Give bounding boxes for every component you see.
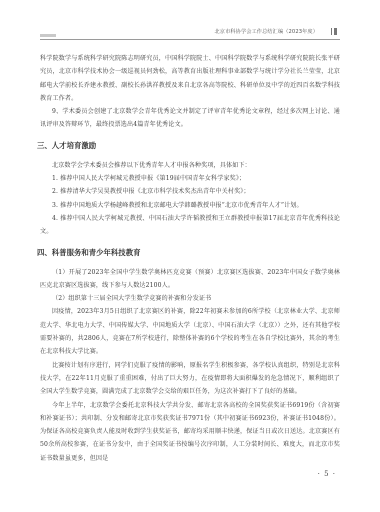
header-divider	[40, 39, 340, 40]
list-item: 2. 推荐清华大学吴昊教授申报《北京市科学技术奖杰出青年中关村奖》；	[40, 185, 340, 198]
paragraph-talent-intro: 北京数学会学术委员会推荐以下优秀青年人才申报各种奖项，具体如下：	[40, 159, 340, 172]
list-item: 3. 推荐中国地质大学杨越峰教授和北京邮电大学韩璐教授申报“北京市优秀青年人才”…	[40, 199, 340, 212]
book-icon	[331, 28, 337, 35]
paragraph-makeup-exam: 因疫情，2023年3月5日组织了北京赛区的补赛，除22年初赛未参加的6所学校（北…	[40, 305, 340, 358]
paragraph-competition: 比赛按计划有序进行，同学们克服了疫情的影响，原报名学生积极参赛，各学校认真组织，…	[40, 359, 340, 399]
list-item: 4. 推荐中国人民大学柯城元教授、中国石油大学许韬教授和王立群教授申报第17届北…	[40, 212, 340, 239]
paragraph-intro: 科学院数学与系统科学研究院陈志明研究员，中国科学院院士、中国科学院数学与系统科学…	[40, 52, 340, 105]
paragraph-olympiad: （1）开展了2023年全国中学生数学奥林匹克竞赛（预赛）北京赛区选拔赛、2023…	[40, 266, 340, 293]
section-heading-science-education: 四、科普服务和青少年科技教育	[37, 246, 340, 260]
running-header: 北京市科协学会工作总结汇编（2023年度）	[40, 33, 340, 39]
paragraph-item-9: 9、学术委员会创建了北京数学会青年优秀论文并制定了评审青年优秀论文章程，经过多次…	[40, 105, 340, 132]
header-title: 北京市科协学会工作总结汇编（2023年度）	[215, 28, 319, 35]
header-decoration	[40, 34, 56, 37]
page-number: · 5 ·	[318, 470, 336, 478]
section-heading-talent: 三、人才培育激励	[37, 139, 340, 153]
list-item: 1. 推荐中国人民大学柯城元教授申报《第19届中国青年女科学家奖》；	[40, 172, 340, 185]
paragraph-subheading: （2）组织第十三届全国大学生数学竞赛的补赛和分发证书	[40, 292, 340, 305]
page-body: 科学院数学与系统科学研究院陈志明研究员，中国科学院院士、中国科学院数学与系统科学…	[40, 52, 340, 465]
paragraph-certificates: 今年上半年，北京数学会委托北京科技大学共分发、邮寄北京各高校的全国奖获奖证书69…	[40, 399, 340, 465]
